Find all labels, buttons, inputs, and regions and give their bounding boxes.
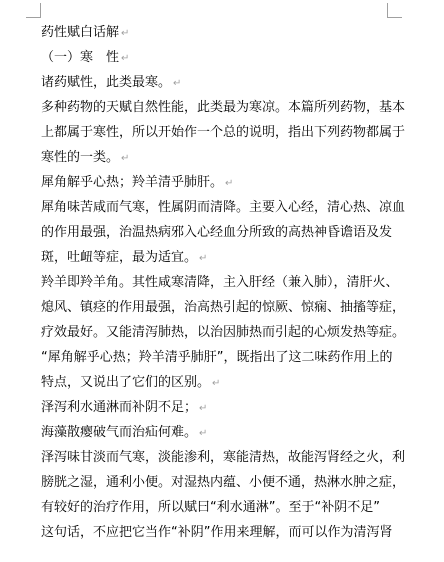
line-text: “犀角解乎心热；羚羊清乎肺肝”，既指出了这二味药作用上的 [41, 350, 392, 365]
paragraph-mark-icon: ↵ [121, 28, 129, 39]
text-line: “犀角解乎心热；羚羊清乎肺肝”，既指出了这二味药作用上的 [41, 345, 361, 370]
page-corner-mark-left [26, 3, 41, 18]
document-title: 药性赋白话解↵ [41, 20, 361, 45]
section-heading: （一）寒 性↵ [41, 45, 361, 70]
line-text: 犀角味苦咸而气寒，性属阴而清降。主要入心经，清心热、凉血 [41, 200, 405, 215]
line-text: 泽泻味甘淡而气寒，淡能渗利，寒能清热，故能泻肾经之火，利 [41, 450, 405, 465]
paragraph: 诸药赋性，此类最寒。↵ [41, 70, 361, 95]
text-line: 这句话，不应把它当作“补阴”作用来理解，而可以作为清泻肾 [41, 520, 361, 545]
text-line: 泽泻味甘淡而气寒，淡能渗利，寒能清热，故能泻肾经之火，利 [41, 445, 361, 470]
line-text: 这句话，不应把它当作“补阴”作用来理解，而可以作为清泻肾 [41, 525, 392, 540]
text-line: 有较好的治疗作用，所以赋曰“利水通淋”。至于“补阴不足” [41, 495, 361, 520]
line-text: 熄风、镇痉的作用最强，治高热引起的惊厥、惊痫、抽搐等症， [41, 300, 405, 315]
line-text: 犀角解乎心热；羚羊清乎肺肝。 [41, 175, 223, 190]
paragraph-mark-icon: ↵ [173, 78, 181, 89]
paragraph: 犀角味苦咸而气寒，性属阴而清降。主要入心经，清心热、凉血的作用最强，治温热病邪入… [41, 195, 361, 270]
section-text: （一）寒 性 [41, 50, 119, 65]
paragraph-mark-icon: ↵ [199, 403, 207, 414]
paragraph: 羚羊即羚羊角。其性咸寒清降，主入肝经（兼入肺），清肝火、熄风、镇痉的作用最强，治… [41, 270, 361, 395]
text-line: 的作用最强，治温热病邪入心经血分所致的高热神昏谵语及发 [41, 220, 361, 245]
text-line: 熄风、镇痉的作用最强，治高热引起的惊厥、惊痫、抽搐等症， [41, 295, 361, 320]
line-text: 疗效最好。又能清泻肺热，以治因肺热而引起的心烦发热等症。 [41, 325, 405, 340]
document-page[interactable]: 药性赋白话解↵ （一）寒 性↵ 诸药赋性，此类最寒。↵多种药物的天赋自然性能，此… [41, 20, 361, 545]
text-line: 斑，吐衄等症，最为适宜。↵ [41, 245, 361, 270]
paragraph-mark-icon: ↵ [121, 53, 129, 64]
text-line: 特点，又说出了它们的区别。↵ [41, 370, 361, 395]
text-line: 犀角味苦咸而气寒，性属阴而清降。主要入心经，清心热、凉血 [41, 195, 361, 220]
line-text: 有较好的治疗作用，所以赋曰“利水通淋”。至于“补阴不足” [41, 500, 380, 515]
paragraph: 泽泻利水通淋而补阴不足；↵ [41, 395, 361, 420]
title-text: 药性赋白话解 [41, 25, 119, 40]
text-line: 羚羊即羚羊角。其性咸寒清降，主入肝经（兼入肺），清肝火、 [41, 270, 361, 295]
paragraph: 海藻散瘿破气而治疝何难。↵ [41, 420, 361, 445]
paragraph: 泽泻味甘淡而气寒，淡能渗利，寒能清热，故能泻肾经之火，利膀胱之湿，通利小便。对湿… [41, 445, 361, 545]
paragraph-mark-icon: ↵ [225, 178, 233, 189]
paragraph-mark-icon: ↵ [199, 253, 207, 264]
document-body: 诸药赋性，此类最寒。↵多种药物的天赋自然性能，此类最为寒凉。本篇所列药物，基本上… [41, 70, 361, 545]
text-line: 泽泻利水通淋而补阴不足；↵ [41, 395, 361, 420]
paragraph-mark-icon: ↵ [121, 153, 129, 164]
paragraph-mark-icon: ↵ [212, 378, 220, 389]
line-text: 泽泻利水通淋而补阴不足； [41, 400, 197, 415]
paragraph-mark-icon: ↵ [199, 428, 207, 439]
line-text: 斑，吐衄等症，最为适宜。 [41, 250, 197, 265]
line-text: 特点，又说出了它们的区别。 [41, 375, 210, 390]
text-line: 寒性的一类。↵ [41, 145, 361, 170]
text-line: 膀胱之湿，通利小便。对湿热内蕴、小便不通，热淋水肿之症， [41, 470, 361, 495]
line-text: 诸药赋性，此类最寒。 [41, 75, 171, 90]
line-text: 寒性的一类。 [41, 150, 119, 165]
text-line: 诸药赋性，此类最寒。↵ [41, 70, 361, 95]
page-corner-mark-right [387, 3, 402, 18]
line-text: 上都属于寒性，所以开始作一个总的说明，指出下列药物都属于 [41, 125, 405, 140]
line-text: 膀胱之湿，通利小便。对湿热内蕴、小便不通，热淋水肿之症， [41, 475, 405, 490]
line-text: 羚羊即羚羊角。其性咸寒清降，主入肝经（兼入肺），清肝火、 [41, 275, 399, 290]
line-text: 的作用最强，治温热病邪入心经血分所致的高热神昏谵语及发 [41, 225, 392, 240]
paragraph: 犀角解乎心热；羚羊清乎肺肝。↵ [41, 170, 361, 195]
line-text: 多种药物的天赋自然性能，此类最为寒凉。本篇所列药物，基本 [41, 100, 405, 115]
line-text: 海藻散瘿破气而治疝何难。 [41, 425, 197, 440]
paragraph: 多种药物的天赋自然性能，此类最为寒凉。本篇所列药物，基本上都属于寒性，所以开始作… [41, 95, 361, 170]
text-line: 上都属于寒性，所以开始作一个总的说明，指出下列药物都属于 [41, 120, 361, 145]
text-line: 犀角解乎心热；羚羊清乎肺肝。↵ [41, 170, 361, 195]
text-line: 疗效最好。又能清泻肺热，以治因肺热而引起的心烦发热等症。 [41, 320, 361, 345]
text-line: 多种药物的天赋自然性能，此类最为寒凉。本篇所列药物，基本 [41, 95, 361, 120]
text-line: 海藻散瘿破气而治疝何难。↵ [41, 420, 361, 445]
